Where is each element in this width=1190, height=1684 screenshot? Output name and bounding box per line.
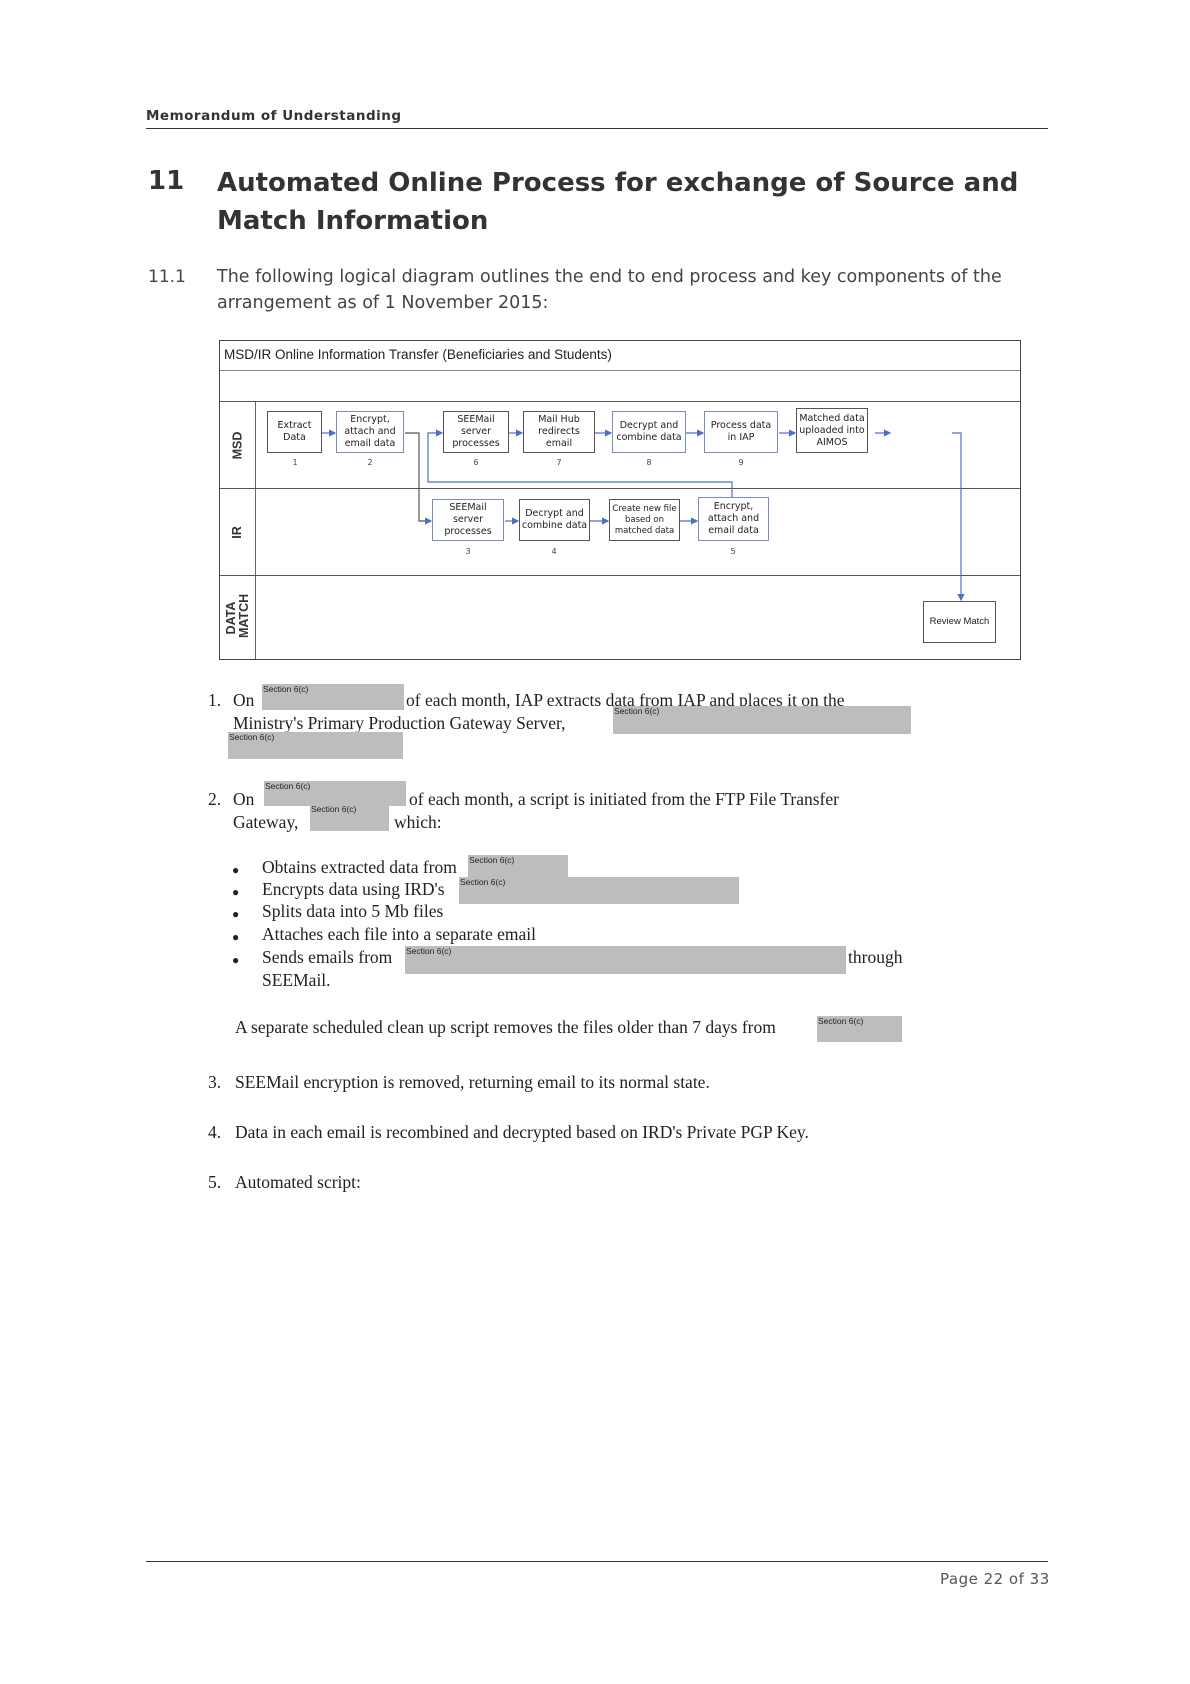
paragraph-text: The following logical diagram outlines t… bbox=[217, 264, 1047, 316]
bullet-icon: ● bbox=[232, 858, 239, 882]
section-title: Automated Online Process for exchange of… bbox=[217, 164, 1057, 240]
list-item-5-number: 5. bbox=[208, 1170, 221, 1194]
list-item-4-number: 4. bbox=[208, 1120, 221, 1144]
step-create-new-file: Create new file based on matched data bbox=[609, 499, 680, 541]
running-header: Memorandum of Understanding bbox=[146, 108, 402, 124]
step-review-match: Review Match bbox=[923, 601, 996, 643]
step-decrypt-combine-msd: Decrypt and combine data bbox=[612, 411, 686, 453]
bullet-icon: ● bbox=[232, 880, 239, 904]
redaction-box: Section 6(c) bbox=[817, 1016, 902, 1042]
step-extract-data: Extract Data bbox=[267, 411, 322, 453]
bullet-icon: ● bbox=[232, 948, 239, 972]
redaction-box: Section 6(c) bbox=[405, 946, 846, 974]
list-item-1-number: 1. bbox=[208, 688, 221, 712]
list-item-4-text: Data in each email is recombined and dec… bbox=[235, 1120, 809, 1144]
step-seemail-ir: SEEMail server processes bbox=[432, 499, 504, 541]
step-upload-aimos: Matched data uploaded into AIMOS bbox=[796, 408, 868, 453]
redaction-box: Section 6(c) bbox=[613, 706, 911, 734]
paragraph-number: 11.1 bbox=[148, 267, 186, 287]
section-number: 11 bbox=[148, 166, 184, 196]
step-decrypt-combine-ir: Decrypt and combine data bbox=[519, 499, 590, 541]
list-item-3-number: 3. bbox=[208, 1070, 221, 1094]
header-rule bbox=[146, 128, 1048, 129]
bullet-icon: ● bbox=[232, 925, 239, 949]
bullet-icon: ● bbox=[232, 902, 239, 926]
step-encrypt-attach-email-msd: Encrypt, attach and email data bbox=[336, 411, 404, 453]
redaction-box: Section 6(c) bbox=[262, 684, 404, 710]
redaction-box: Section 6(c) bbox=[459, 877, 739, 904]
step-process-iap: Process data in IAP bbox=[704, 411, 778, 453]
cleanup-text: A separate scheduled clean up script rem… bbox=[235, 1015, 776, 1039]
step-mail-hub: Mail Hub redirects email bbox=[523, 411, 595, 453]
redaction-box: Section 6(c) bbox=[310, 804, 389, 831]
redaction-box: Section 6(c) bbox=[264, 781, 406, 806]
page-number: Page 22 of 33 bbox=[940, 1570, 1050, 1588]
redaction-box: Section 6(c) bbox=[468, 855, 568, 877]
list-item-5-text: Automated script: bbox=[235, 1170, 361, 1194]
list-item-2-number: 2. bbox=[208, 787, 221, 811]
footer-rule bbox=[146, 1561, 1048, 1562]
redaction-box: Section 6(c) bbox=[228, 732, 403, 759]
process-diagram: MSD/IR Online Information Transfer (Bene… bbox=[219, 340, 1021, 660]
step-encrypt-attach-email-ir: Encrypt, attach and email data bbox=[698, 497, 769, 541]
step-seemail-msd: SEEMail server processes bbox=[443, 411, 509, 453]
list-item-3-text: SEEMail encryption is removed, returning… bbox=[235, 1070, 710, 1094]
